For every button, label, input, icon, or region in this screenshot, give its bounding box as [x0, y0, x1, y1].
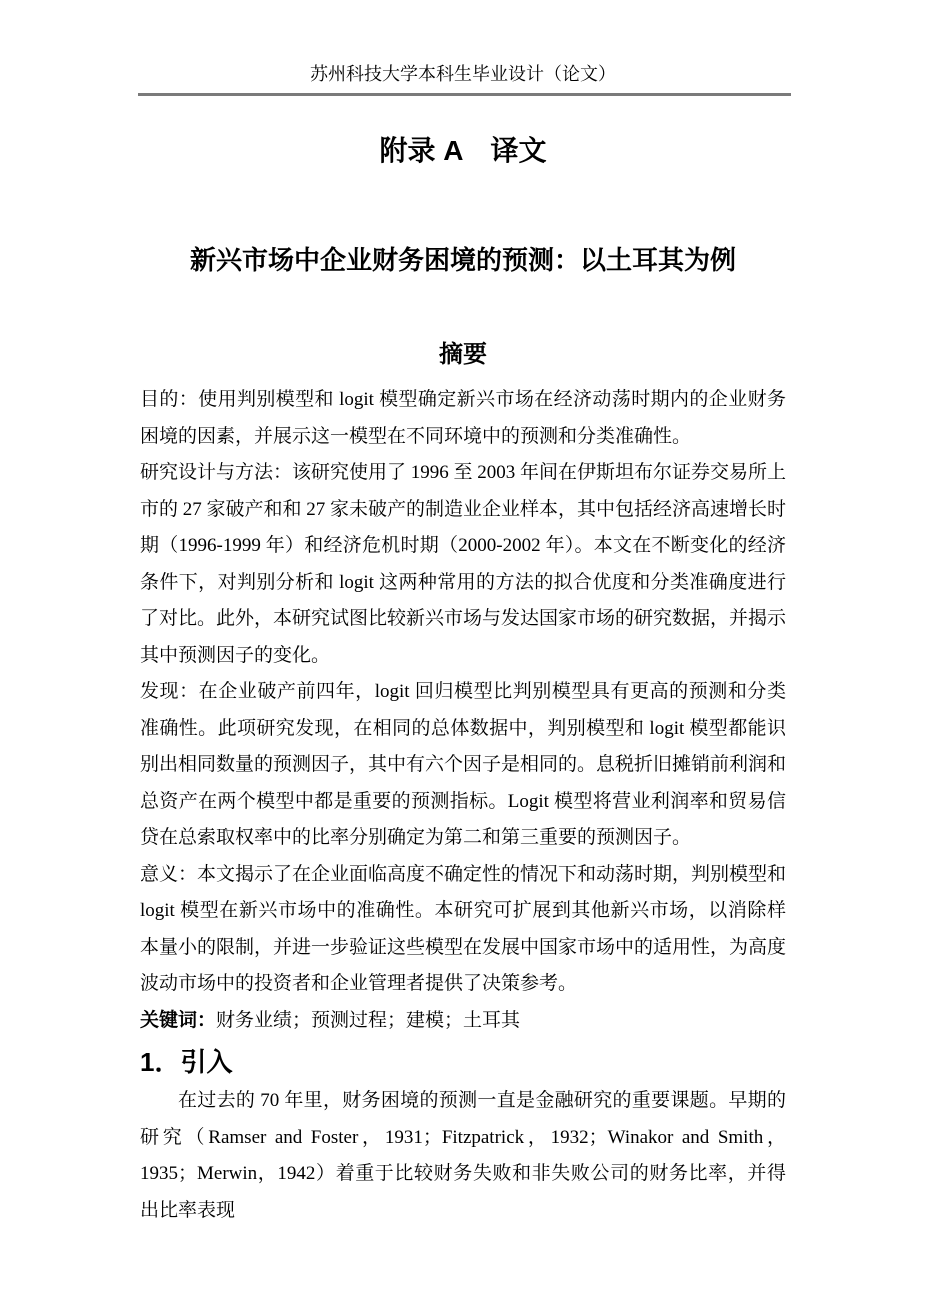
paper-title: 新兴市场中企业财务困境的预测：以土耳其为例	[140, 244, 786, 276]
appendix-title: 附录 A 译文	[140, 134, 786, 168]
paragraph-significance: 意义：本文揭示了在企业面临高度不确定性的情况下和动荡时期，判别模型和 logit…	[140, 857, 786, 1003]
paragraph-purpose: 目的：使用判别模型和 logit 模型确定新兴市场在经济动荡时期内的企业财务困境…	[140, 382, 786, 455]
keywords-text: 财务业绩；预测过程；建模；土耳其	[216, 1010, 520, 1031]
paragraph-findings: 发现：在企业破产前四年，logit 回归模型比判别模型具有更高的预测和分类准确性…	[140, 674, 786, 857]
section-1-heading: 1．引入	[140, 1045, 786, 1079]
abstract-body: 目的：使用判别模型和 logit 模型确定新兴市场在经济动荡时期内的企业财务困境…	[140, 382, 786, 1229]
keywords-line: 关键词：财务业绩；预测过程；建模；土耳其	[140, 1003, 786, 1040]
paragraph-design-methodology: 研究设计与方法：该研究使用了 1996 至 2003 年间在伊斯坦布尔证券交易所…	[140, 455, 786, 674]
abstract-heading: 摘要	[140, 340, 786, 370]
paragraph-introduction: 在过去的 70 年里，财务困境的预测一直是金融研究的重要课题。早期的研究（Ram…	[140, 1083, 786, 1229]
document-page: 苏州科技大学本科生毕业设计（论文） 附录 A 译文 新兴市场中企业财务困境的预测…	[0, 0, 926, 1309]
header-divider	[138, 93, 791, 96]
document-content: 附录 A 译文 新兴市场中企业财务困境的预测：以土耳其为例 摘要 目的：使用判别…	[140, 134, 786, 1229]
header-title: 苏州科技大学本科生毕业设计（论文）	[0, 62, 926, 86]
page-header: 苏州科技大学本科生毕业设计（论文）	[0, 0, 926, 96]
keywords-label: 关键词：	[140, 1010, 216, 1031]
